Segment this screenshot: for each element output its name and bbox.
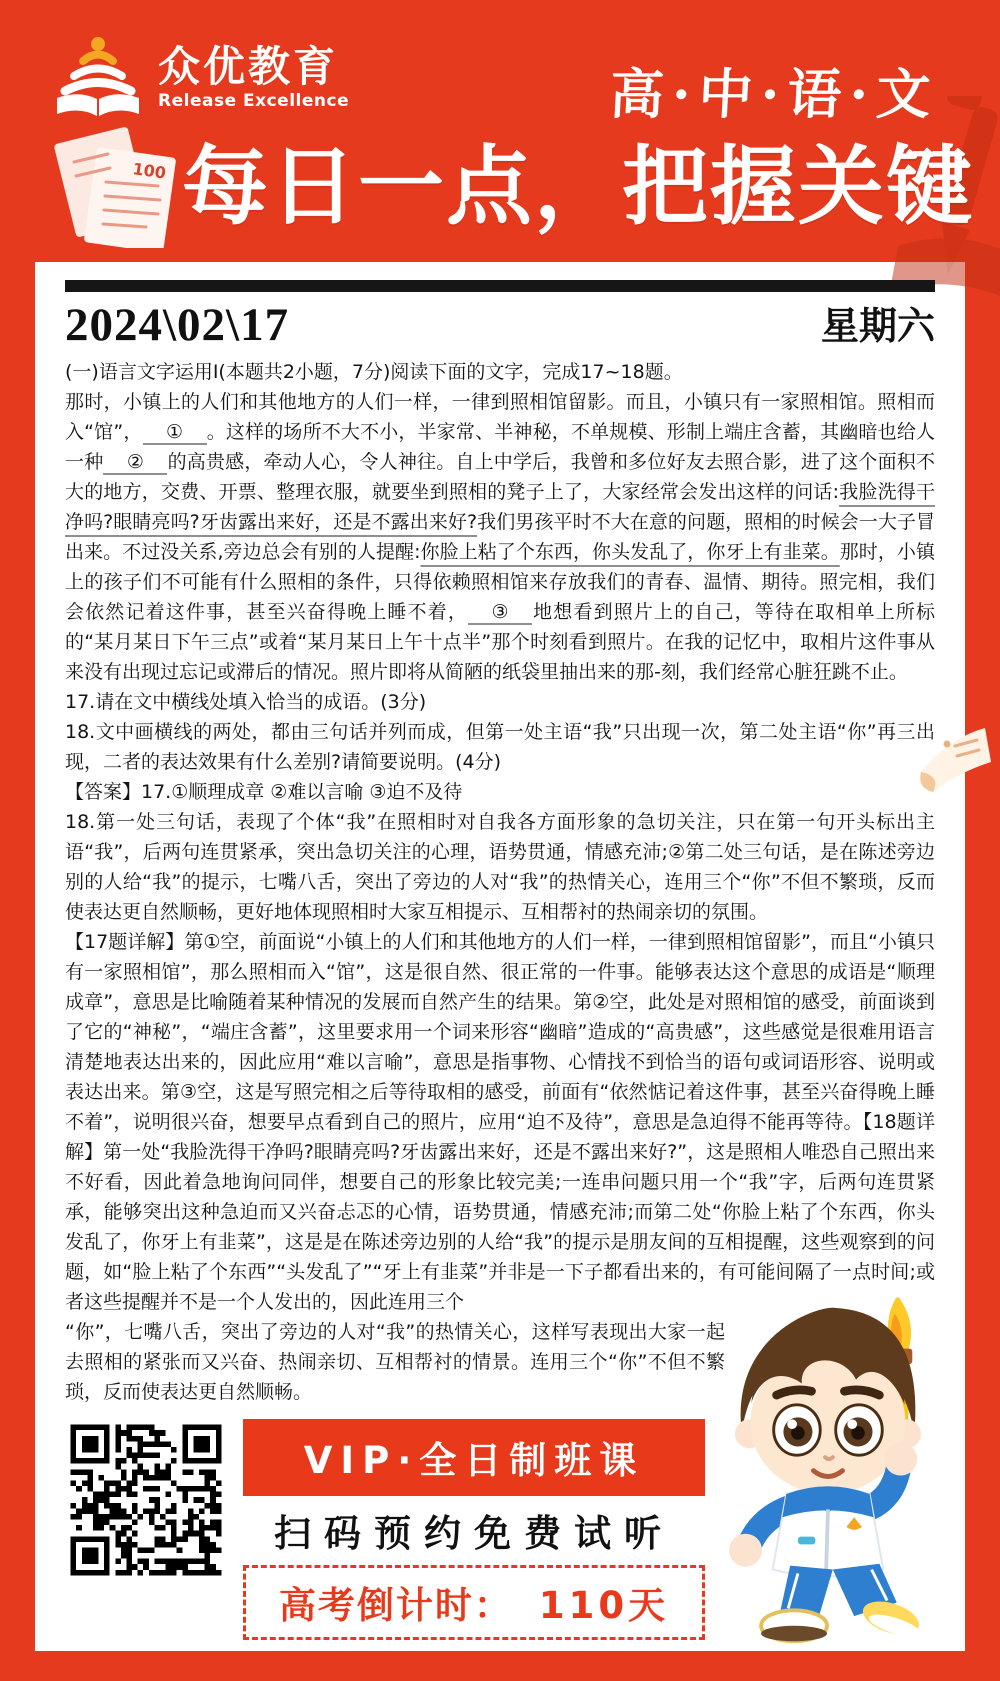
- question-17: 17.请在文中横线处填入恰当的成语。(3分): [65, 687, 935, 717]
- banner-title: 每日一点，把握关键: [182, 140, 974, 235]
- blank-2: ②: [103, 451, 167, 475]
- curled-paper-icon: [911, 710, 995, 802]
- subject-title: 高·中·语·文: [608, 52, 940, 129]
- logo-book-icon: [52, 36, 144, 120]
- banner-row: 100 每日一点，把握关键: [50, 126, 974, 248]
- poster-page: 众优教育 Release Excellence 高·中·语·文 100: [0, 0, 1000, 1681]
- paper-sheets-icon: 100: [50, 126, 190, 248]
- brand-name-en: Release Excellence: [158, 91, 349, 111]
- answer-line: 【答案】17.①顺理成章 ②难以言喻 ③迫不及待: [65, 777, 935, 807]
- date: 2024\02\17: [65, 302, 289, 349]
- vip-banner: VIP·全日制班课: [243, 1419, 705, 1496]
- countdown-value: 110天: [539, 1584, 669, 1627]
- explanation-tail: “你”，七嘴八舌，突出了旁边的人对“我”的热情关心，这样写表现出大家一起去照相的…: [65, 1317, 725, 1407]
- countdown-label: 高考倒计时：: [279, 1584, 513, 1627]
- date-row: 2024\02\17 星期六: [65, 302, 935, 349]
- passage: 那时，小镇上的人们和其他地方的人们一样，一律到照相馆留影。而且，小镇只有一家照相…: [65, 387, 935, 687]
- top-rule: [65, 280, 935, 292]
- passage-part-3: 的高贵感，牵动人心，令人神往。自上中学后，我曾和多位好友去照合影，进了这个面积不…: [65, 451, 935, 503]
- content-card: 2024\02\17 星期六 (一)语言文字运用I(本题共2小题，7分)阅读下面…: [35, 262, 965, 1651]
- promo-footer: VIP·全日制班课 扫码预约免费试听 高考倒计时：110天: [65, 1419, 935, 1640]
- countdown-box: 高考倒计时：110天: [243, 1565, 705, 1640]
- scan-text: 扫码预约免费试听: [243, 1503, 705, 1557]
- qr-code: [65, 1419, 227, 1581]
- blank-1: ①: [143, 421, 207, 445]
- brand-name-cn: 众优教育: [158, 45, 349, 89]
- section-intro: (一)语言文字运用I(本题共2小题，7分)阅读下面的文字，完成17~18题。: [65, 357, 935, 387]
- blank-3: ③: [468, 601, 532, 625]
- answer-18: 18.第一处三句话，表现了个体“我”在照相时对自我各方面形象的急切关注，只在第一…: [65, 807, 935, 927]
- question-18: 18.文中画横线的两处，都由三句话并列而成，但第一处主语“我”只出现一次，第二处…: [65, 717, 935, 777]
- explanation: 【17题详解】第①空，前面说“小镇上的人们和其他地方的人们一样，一律到照相馆留影…: [65, 927, 935, 1317]
- underlined-passage-2: 你脸上粘了个东西，你头发乱了，你牙上有韭菜。: [420, 541, 839, 563]
- brand-header: 众优教育 Release Excellence: [52, 36, 349, 120]
- weekday: 星期六: [821, 307, 935, 349]
